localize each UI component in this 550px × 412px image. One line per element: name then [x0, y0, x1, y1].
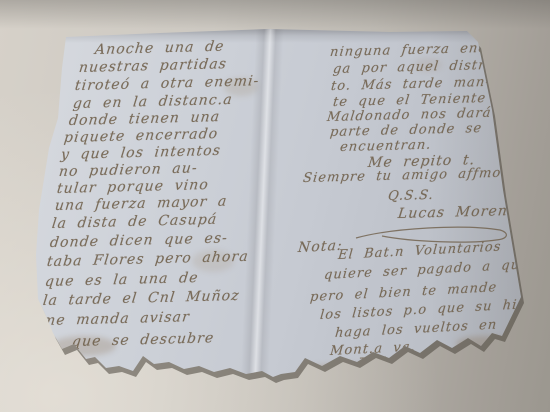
photo-top-vignette	[0, 0, 550, 412]
photo-of-letter: Anoche una de nuestras partidas tiroteó …	[0, 0, 550, 412]
